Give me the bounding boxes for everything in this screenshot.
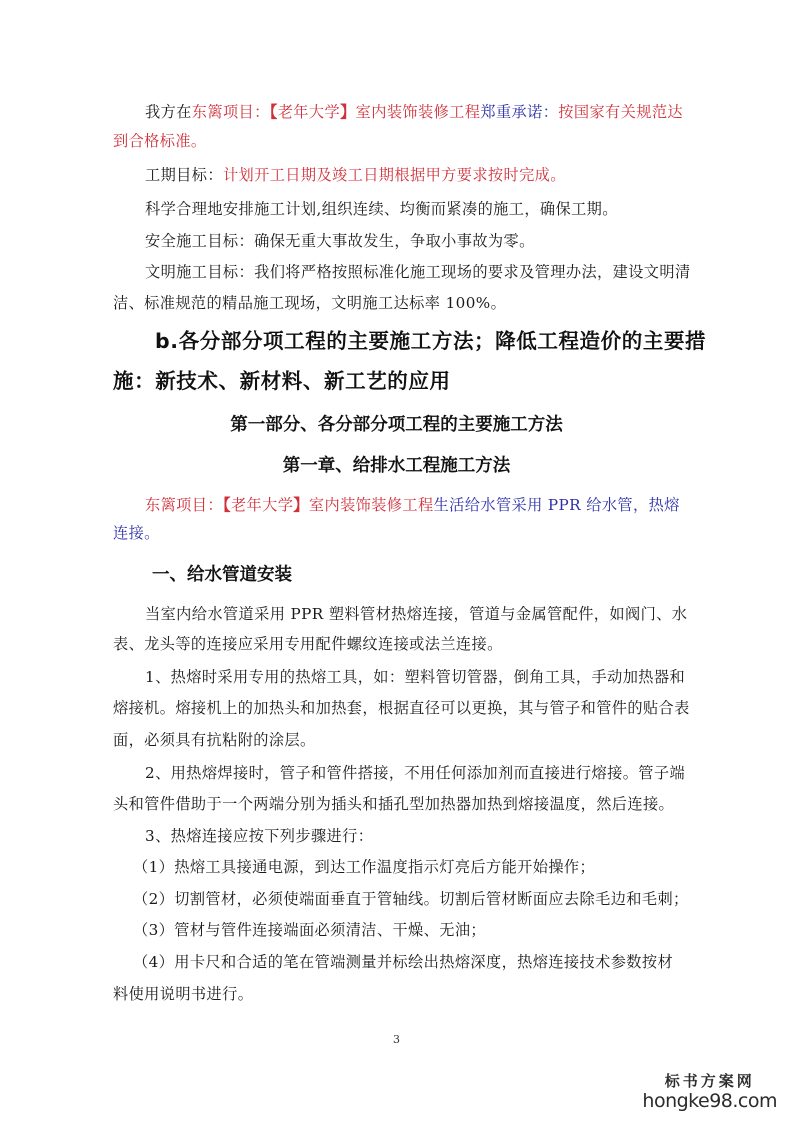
subsection-title: 一、给水管道安装 (152, 564, 292, 586)
bracket-open: 【 (223, 496, 231, 514)
civil-target-paragraph-line1: 文明施工目标：我们将严格按照标准化施工现场的要求及管理办法，建设文明清 (145, 262, 699, 282)
body-intro-line2: 表、龙头等的连接应采用专用配件螺纹连接或法兰连接。 (113, 634, 699, 654)
project-name-span: 东篱项目： (145, 496, 223, 514)
step2-line: （2）切割管材，必须使端面垂直于管轴线。切割后管材断面应去除毛边和毛刺； (133, 889, 719, 909)
project-title-span: 老年大学 (231, 496, 293, 514)
watermark-cn-text: 标书方案网 (642, 1072, 777, 1090)
commitment-paragraph-line2: 到合格标准。 (113, 131, 699, 151)
section-heading-b-line2: 施：新技术、新材料、新工艺的应用 (113, 368, 451, 394)
step4-line1: （4）用卡尺和合适的笔在管端测量并标绘出热熔深度，热熔连接技术参数按材 (133, 952, 719, 972)
commitment-text-span: 按国家有关规范达 (558, 103, 683, 121)
bracket-close: 】 (293, 496, 309, 514)
item2-line1: 2、用热熔焊接时，管子和管件搭接，不用任何添加剂而直接进行熔接。管子端 (145, 763, 699, 783)
part-title: 第一部分、各分部分项工程的主要施工方法 (0, 414, 793, 436)
bracket-close: 】 (340, 103, 356, 121)
schedule-label: 工期目标： (145, 166, 223, 184)
step1-line: （1）热熔工具接通电源，到达工作温度指示灯亮后方能开始操作； (133, 857, 719, 877)
project-title-span: 老年大学 (278, 103, 340, 121)
step3-line: （3）管材与管件连接端面必须清洁、干燥、无油； (133, 920, 719, 940)
document-page: 我方在东篱项目：【老年大学】室内装饰装修工程郑重承诺：按国家有关规范达 到合格标… (0, 0, 793, 1122)
text-span: 我方在 (145, 103, 192, 121)
item1-line3: 面，必须具有抗粘附的涂层。 (113, 730, 699, 750)
project-scope-span: 室内装饰装修工程 (356, 103, 481, 121)
safety-target-paragraph: 安全施工目标：确保无重大事故发生，争取小事故为零。 (145, 231, 699, 251)
project-intro-line1: 东篱项目：【老年大学】室内装饰装修工程生活给水管采用 PPR 给水管，热熔 (145, 495, 699, 515)
civil-target-paragraph-line2: 洁、标准规范的精品施工现场，文明施工达标率 100%。 (113, 293, 699, 313)
item3-line: 3、热熔连接应按下列步骤进行： (145, 826, 699, 846)
section-heading-b-line1: b.各分部分项工程的主要施工方法；降低工程造价的主要措 (155, 328, 706, 354)
body-intro-line1: 当室内给水管道采用 PPR 塑料管材热熔连接，管道与金属管配件，如阀门、水 (145, 604, 699, 624)
chapter-title: 第一章、给排水工程施工方法 (0, 455, 793, 477)
plan-paragraph: 科学合理地安排施工计划,组织连续、均衡而紧凑的施工，确保工期。 (145, 199, 699, 219)
commitment-label-span: 郑重承诺： (480, 103, 558, 121)
item1-line1: 1、热熔时采用专用的热熔工具，如：塑料管切管器，倒角工具，手动加热器和 (145, 667, 699, 687)
schedule-target-paragraph: 工期目标：计划开工日期及竣工日期根据甲方要求按时完成。 (145, 165, 699, 185)
watermark-logo: 标书方案网 hongke98.com (642, 1072, 777, 1112)
watermark-url-text: hongke98.com (642, 1090, 777, 1112)
project-name-span: 东篱项目： (192, 103, 270, 121)
step4-line2: 料使用说明书进行。 (113, 984, 699, 1004)
item2-line2: 头和管件借助于一个两端分别为插头和插孔型加热器加热到熔接温度，然后连接。 (113, 794, 699, 814)
project-scope-span: 室内装饰装修工程 (309, 496, 434, 514)
project-intro-line2: 连接。 (113, 523, 699, 543)
page-number: 3 (0, 1033, 793, 1046)
item1-line2: 熔接机。熔接机上的加热头和加热套，根据直径可以更换，其与管子和管件的贴合表 (113, 698, 699, 718)
commitment-paragraph-line1: 我方在东篱项目：【老年大学】室内装饰装修工程郑重承诺：按国家有关规范达 (145, 102, 699, 122)
schedule-value: 计划开工日期及竣工日期根据甲方要求按时完成。 (223, 166, 566, 184)
bracket-open: 【 (270, 103, 278, 121)
pipe-spec-span: 生活给水管采用 PPR 给水管，热熔 (434, 496, 680, 514)
